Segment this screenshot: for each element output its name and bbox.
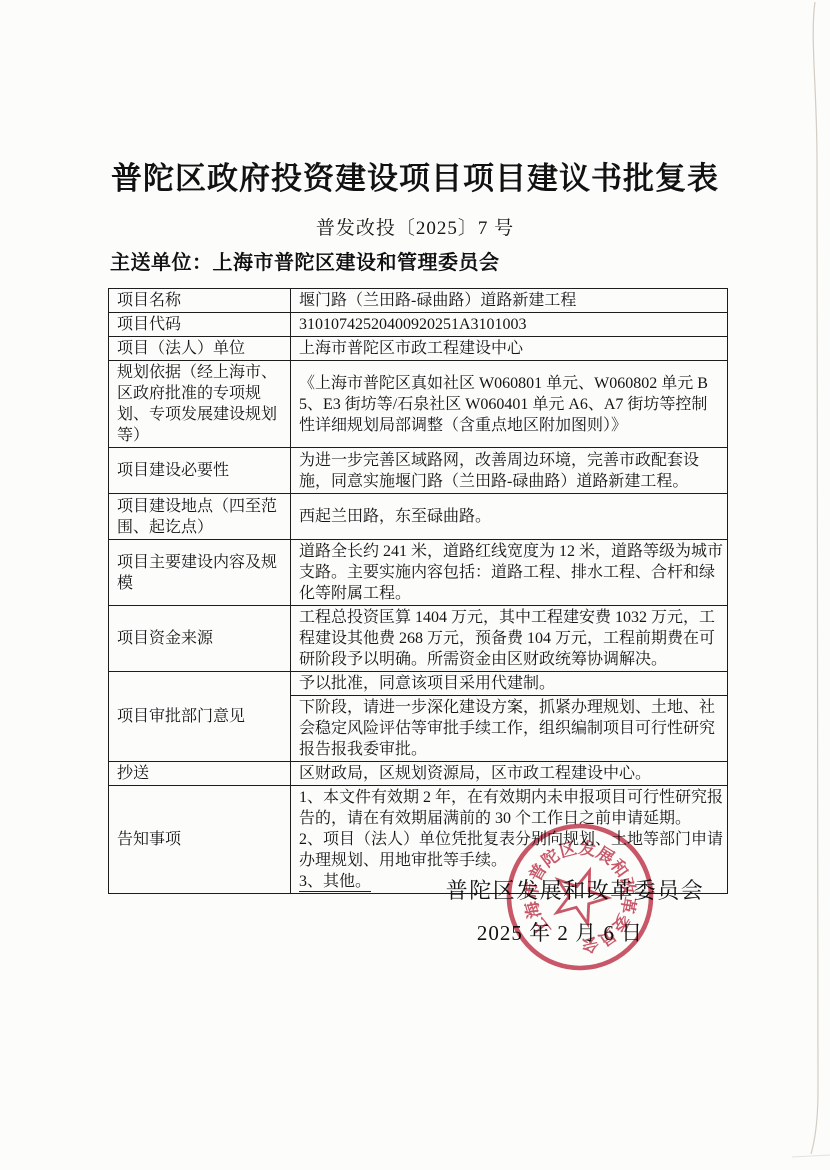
row-value: 区财政局，区规划资源局，区市政工程建设中心。 xyxy=(291,762,728,786)
document-page: 普陀区政府投资建设项目项目建议书批复表 普发改投〔2025〕7 号 主送单位：上… xyxy=(0,0,830,1170)
row-label: 项目建设地点（四至范围、起讫点） xyxy=(109,494,291,540)
approval-opinion-part-2: 下阶段，请进一步深化建设方案，抓紧办理规划、土地、社会稳定风险评估等审批手续工作… xyxy=(291,696,728,762)
row-value: 堰门路（兰田路-碌曲路）道路新建工程 xyxy=(291,289,728,313)
row-label: 告知事项 xyxy=(109,786,291,894)
scan-bottom-line xyxy=(792,1155,830,1157)
row-value: 西起兰田路，东至碌曲路。 xyxy=(291,494,728,540)
notice-item-3-text: 3、其他。 xyxy=(299,873,371,892)
recipient-line: 主送单位：上海市普陀区建设和管理委员会 xyxy=(110,250,500,277)
table-row-project-code: 项目代码 31010742520400920251A3101003 xyxy=(109,313,728,337)
recipient-value: 上海市普陀区建设和管理委员会 xyxy=(213,252,500,274)
row-label: 项目资金来源 xyxy=(109,606,291,672)
table-row-necessity: 项目建设必要性 为进一步完善区域路网，改善周边环境，完善市政配套设施，同意实施堰… xyxy=(109,448,728,494)
issuer-signature: 普陀区发展和改革委员会 xyxy=(420,877,730,905)
row-label: 项目审批部门意见 xyxy=(109,672,291,762)
row-label: 项目主要建设内容及规模 xyxy=(109,540,291,606)
notice-item-1: 1、本文件有效期 2 年，在有效期内未申报项目可行性研究报告的，请在有效期届满前… xyxy=(299,787,723,829)
row-value: 上海市普陀区市政工程建设中心 xyxy=(291,337,728,361)
row-label: 抄送 xyxy=(109,762,291,786)
table-row-planning-basis: 规划依据（经上海市、区政府批准的专项规划、专项发展建设规划等） 《上海市普陀区真… xyxy=(109,361,728,448)
row-value: 为进一步完善区域路网，改善周边环境，完善市政配套设施，同意实施堰门路（兰田路-碌… xyxy=(291,448,728,494)
row-value: 《上海市普陀区真如社区 W060801 单元、W060802 单元 B5、E3 … xyxy=(291,361,728,448)
row-label: 项目（法人）单位 xyxy=(109,337,291,361)
row-label: 项目名称 xyxy=(109,289,291,313)
row-value: 工程总投资匡算 1404 万元，其中工程建安费 1032 万元，工程建设其他费 … xyxy=(291,606,728,672)
approval-table: 项目名称 堰门路（兰田路-碌曲路）道路新建工程 项目代码 31010742520… xyxy=(108,288,728,894)
approval-opinion-part-1: 予以批准，同意该项目采用代建制。 xyxy=(291,672,728,696)
table-row-approval-opinion: 项目审批部门意见 予以批准，同意该项目采用代建制。 xyxy=(109,672,728,696)
table-row-copy-to: 抄送 区财政局，区规划资源局，区市政工程建设中心。 xyxy=(109,762,728,786)
row-label: 项目代码 xyxy=(109,313,291,337)
table-row-location: 项目建设地点（四至范围、起讫点） 西起兰田路，东至碌曲路。 xyxy=(109,494,728,540)
recipient-label: 主送单位： xyxy=(110,252,213,274)
row-label: 项目建设必要性 xyxy=(109,448,291,494)
table-row-project-name: 项目名称 堰门路（兰田路-碌曲路）道路新建工程 xyxy=(109,289,728,313)
doc-number: 普发改投〔2025〕7 号 xyxy=(0,216,830,242)
table-row-legal-unit: 项目（法人）单位 上海市普陀区市政工程建设中心 xyxy=(109,337,728,361)
row-value: 31010742520400920251A3101003 xyxy=(291,313,728,337)
notice-item-2: 2、项目（法人）单位凭批复表分别向规划、土地等部门申请办理规划、用地审批等手续。 xyxy=(299,829,723,871)
table-row-funding: 项目资金来源 工程总投资匡算 1404 万元，其中工程建安费 1032 万元，工… xyxy=(109,606,728,672)
table-row-scope: 项目主要建设内容及规模 道路全长约 241 米，道路红线宽度为 12 米，道路等… xyxy=(109,540,728,606)
issue-date: 2025 年 2 月 6 日 xyxy=(420,919,700,947)
row-value: 道路全长约 241 米，道路红线宽度为 12 米，道路等级为城市支路。主要实施内… xyxy=(291,540,728,606)
row-label: 规划依据（经上海市、区政府批准的专项规划、专项发展建设规划等） xyxy=(109,361,291,448)
doc-title: 普陀区政府投资建设项目项目建议书批复表 xyxy=(0,161,830,197)
